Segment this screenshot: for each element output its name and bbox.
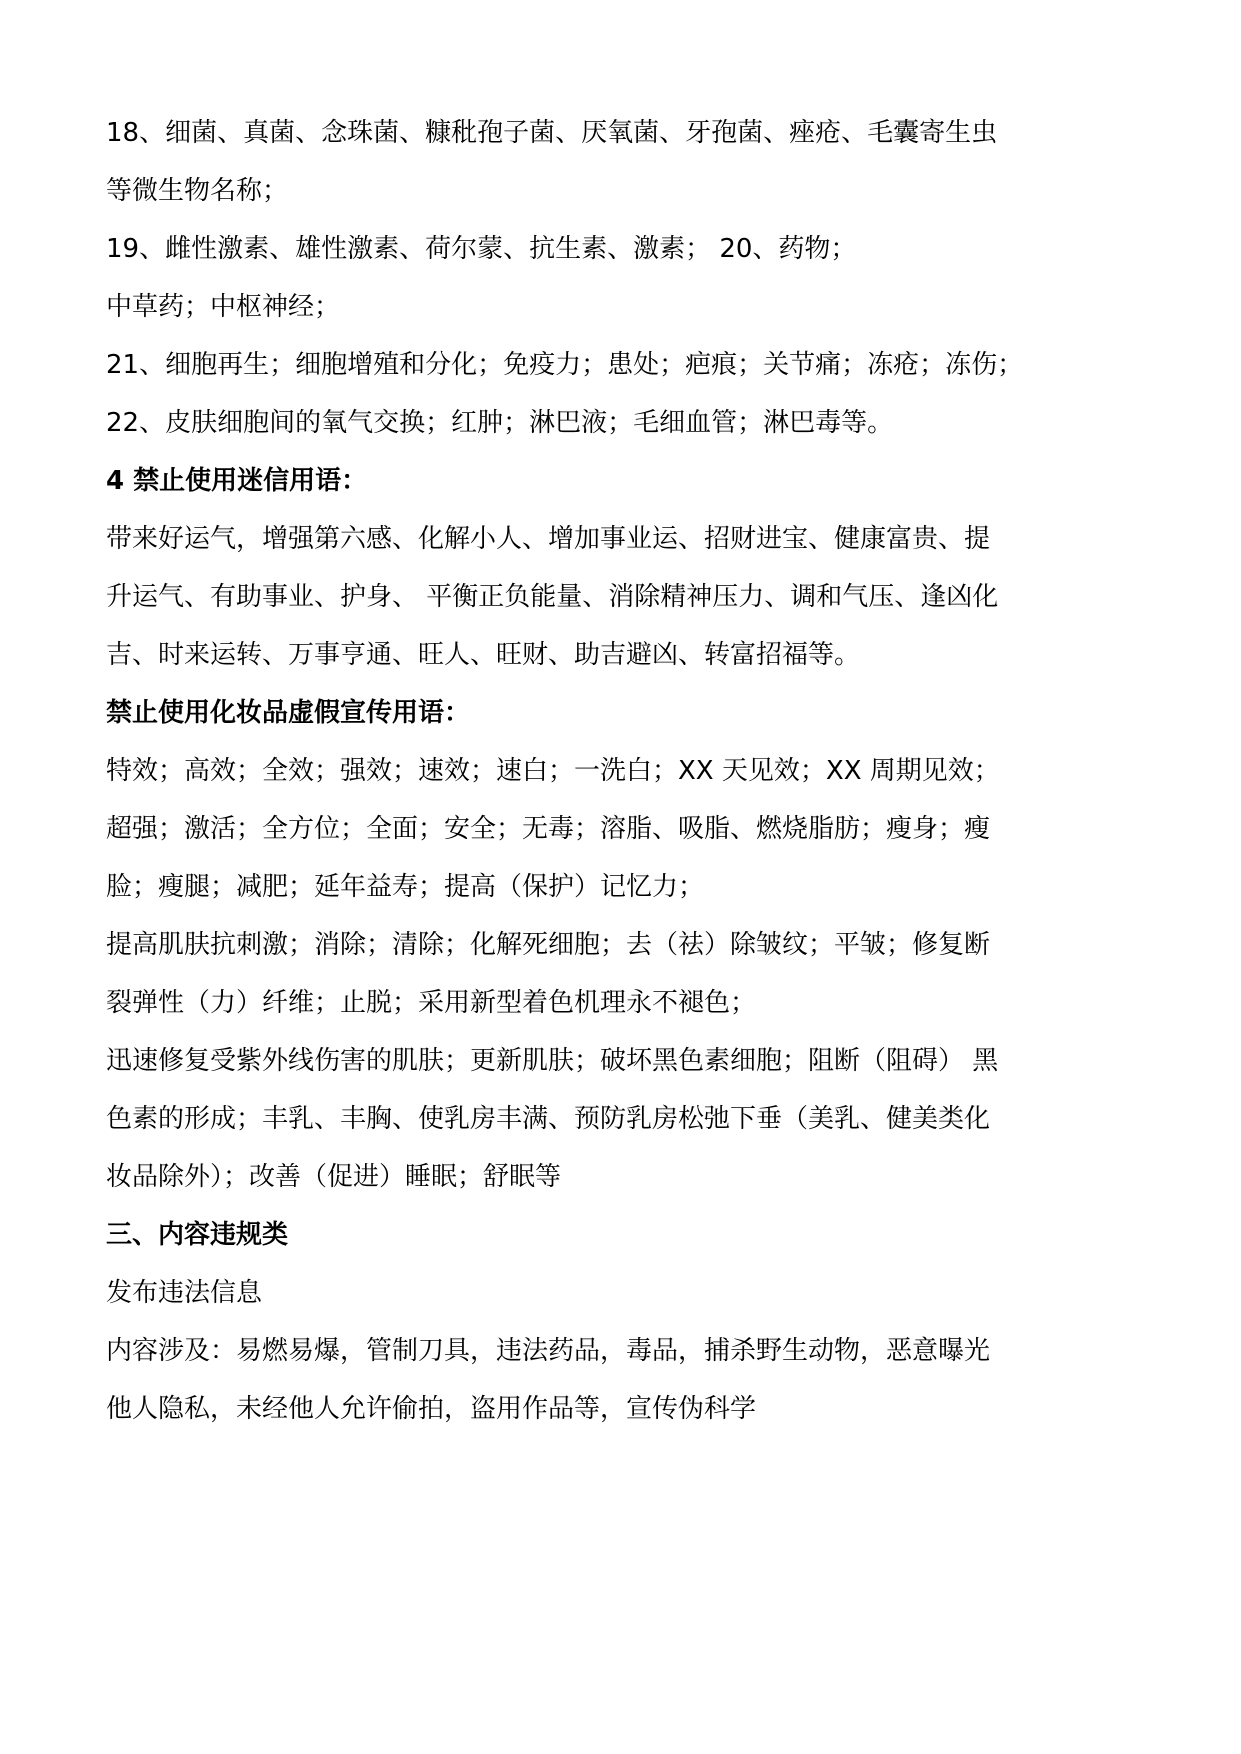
text-line: 脸；瘦腿；减肥；延年益寿；提高（保护）记忆力； xyxy=(106,858,1016,916)
text-line: 超强；激活；全方位；全面；安全；无毒；溶脂、吸脂、燃烧脂肪；瘦身；瘦 xyxy=(106,800,1016,858)
section-heading-superstition: 4 禁止使用迷信用语： xyxy=(106,452,1016,510)
text-line: 内容涉及：易燃易爆，管制刀具，违法药品，毒品，捕杀野生动物，恶意曝光 xyxy=(106,1322,1016,1380)
text-line: 等微生物名称； xyxy=(106,162,1016,220)
text-line-18-microbes: 18、细菌、真菌、念珠菌、糠秕孢子菌、厌氧菌、牙孢菌、痤疮、毛囊寄生虫 xyxy=(106,104,1016,162)
document-page: 18、细菌、真菌、念珠菌、糠秕孢子菌、厌氧菌、牙孢菌、痤疮、毛囊寄生虫 等微生物… xyxy=(106,104,1016,1438)
text-line: 特效；高效；全效；强效；速效；速白；一洗白；XX 天见效；XX 周期见效； xyxy=(106,742,1016,800)
text-line: 中草药；中枢神经； xyxy=(106,278,1016,336)
section-heading-cosmetics-false-claims: 禁止使用化妆品虚假宣传用语： xyxy=(106,684,1016,742)
text-line-19-20-hormones-drugs: 19、雌性激素、雄性激素、荷尔蒙、抗生素、激素； 20、药物； xyxy=(106,220,1016,278)
text-line: 色素的形成；丰乳、丰胸、使乳房丰满、预防乳房松弛下垂（美乳、健美类化 xyxy=(106,1090,1016,1148)
section-heading-content-violations: 三、内容违规类 xyxy=(106,1206,1016,1264)
text-line-21-cells: 21、细胞再生；细胞增殖和分化；免疫力；患处；疤痕；关节痛；冻疮；冻伤； xyxy=(106,336,1016,394)
text-line: 升运气、有助事业、护身、 平衡正负能量、消除精神压力、调和气压、逢凶化 xyxy=(106,568,1016,626)
text-line: 提高肌肤抗刺激；消除；清除；化解死细胞；去（祛）除皱纹；平皱；修复断 xyxy=(106,916,1016,974)
subheading-illegal-info: 发布违法信息 xyxy=(106,1264,1016,1322)
text-line: 吉、时来运转、万事亨通、旺人、旺财、助吉避凶、转富招福等。 xyxy=(106,626,1016,684)
text-line-22-skin: 22、皮肤细胞间的氧气交换；红肿；淋巴液；毛细血管；淋巴毒等。 xyxy=(106,394,1016,452)
text-line: 妆品除外）；改善（促进）睡眠；舒眠等 xyxy=(106,1148,1016,1206)
text-line: 迅速修复受紫外线伤害的肌肤；更新肌肤；破坏黑色素细胞；阻断（阻碍） 黑 xyxy=(106,1032,1016,1090)
text-line: 他人隐私，未经他人允许偷拍，盗用作品等，宣传伪科学 xyxy=(106,1380,1016,1438)
text-line: 带来好运气，增强第六感、化解小人、增加事业运、招财进宝、健康富贵、提 xyxy=(106,510,1016,568)
text-line: 裂弹性（力）纤维；止脱；采用新型着色机理永不褪色； xyxy=(106,974,1016,1032)
